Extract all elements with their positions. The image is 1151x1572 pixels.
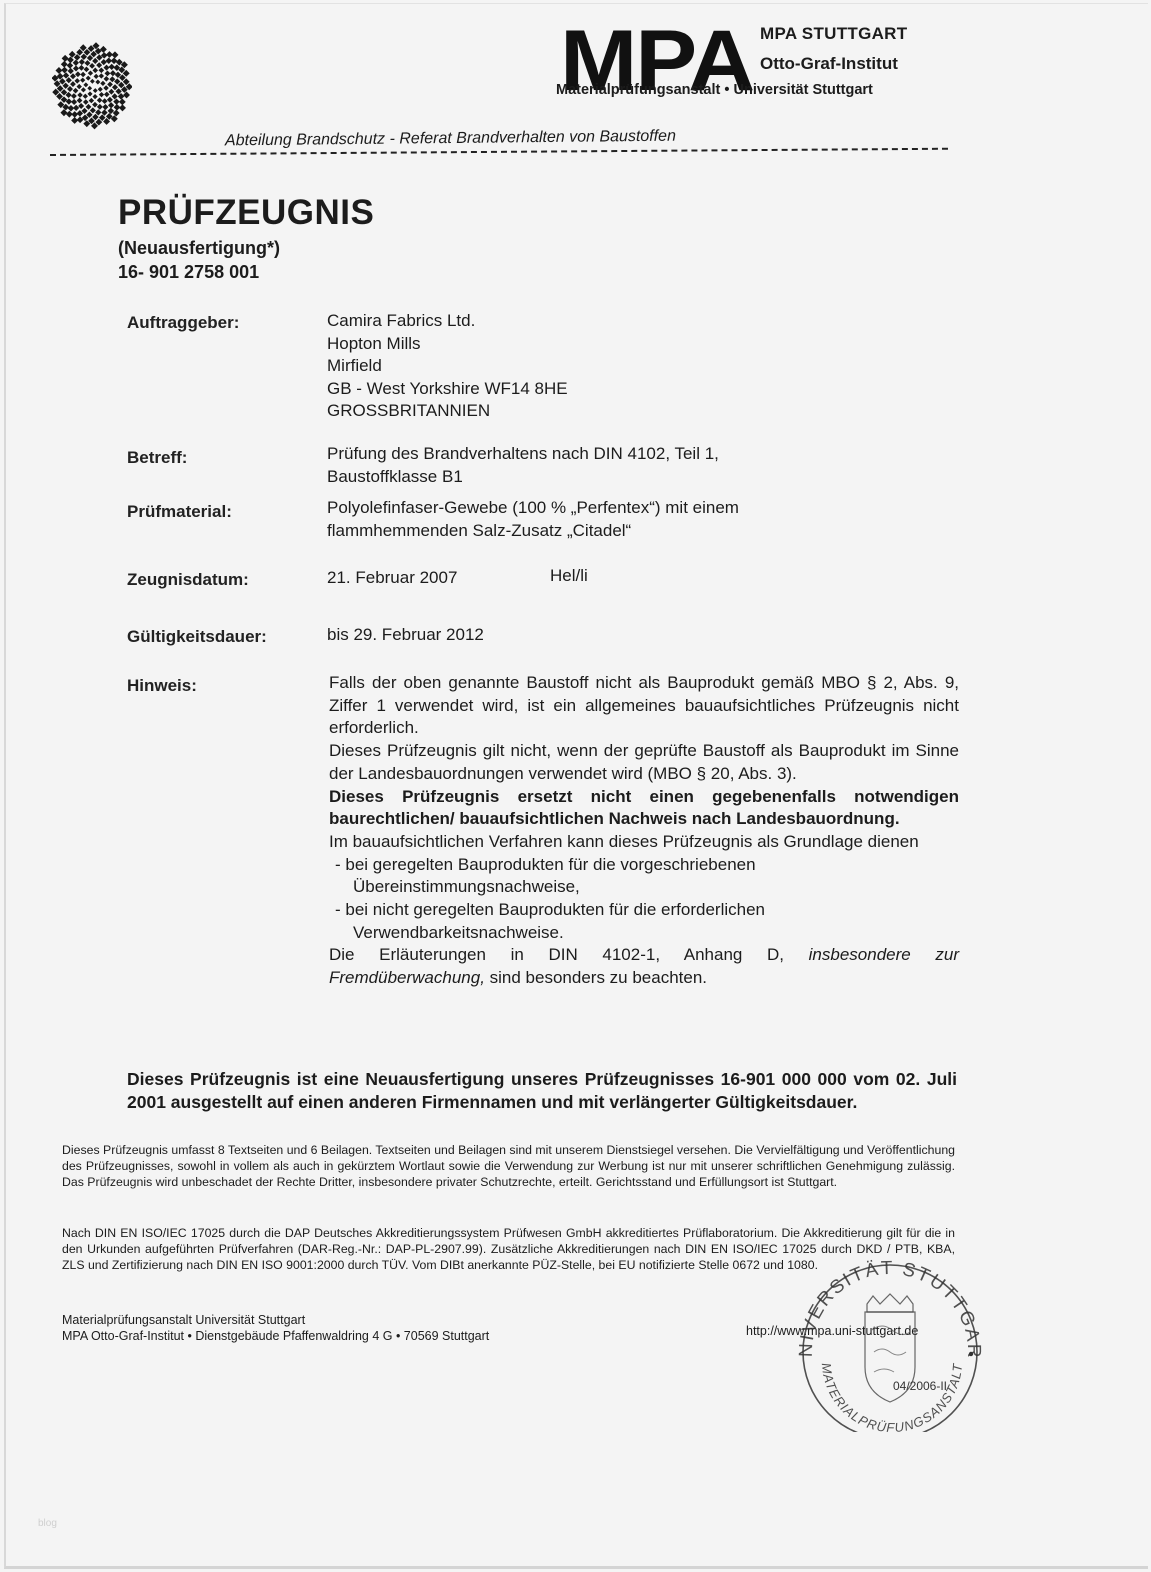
document-title: PRÜFZEUGNIS <box>118 193 374 233</box>
client-line: Mirfield <box>327 355 568 378</box>
university-logo-icon <box>52 42 132 130</box>
address-line: Materialprüfungsanstalt Universität Stut… <box>62 1312 489 1328</box>
date-value: 21. Februar 2007 <box>327 567 457 590</box>
note-paragraph: Falls der oben genannte Baustoff nicht a… <box>329 672 959 740</box>
org-subtitle: Materialprüfungsanstalt • Universität St… <box>556 82 873 98</box>
material-label: Prüfmaterial: <box>127 502 232 522</box>
watermark: blog <box>38 1518 57 1529</box>
note-bullet: - bei nicht geregelten Bauprodukten für … <box>329 899 959 944</box>
validity-label: Gültigkeitsdauer: <box>127 627 267 647</box>
note-label: Hinweis: <box>127 676 197 696</box>
client-line: GROSSBRITANNIEN <box>327 400 568 423</box>
document-number: 16- 901 2758 001 <box>118 262 259 283</box>
material-line: flammhemmenden Salz-Zusatz „Citadel“ <box>327 520 739 543</box>
client-line: GB - West Yorkshire WF14 8HE <box>327 378 568 401</box>
client-line: Hopton Mills <box>327 333 568 356</box>
date-initials: Hel/li <box>550 565 588 588</box>
institute-name: Otto-Graf-Institut <box>760 54 898 74</box>
org-name: MPA STUTTGART <box>760 24 907 44</box>
subject-value: Prüfung des Brandverhaltens nach DIN 410… <box>327 443 719 488</box>
note-text: Die Erläuterungen in DIN 4102-1, Anhang … <box>329 945 809 964</box>
official-seal-stamp-icon: UNIVERSITÄT STUTTGART MATERIALPRÜFUNGSAN… <box>770 1252 1000 1432</box>
address-block: Materialprüfungsanstalt Universität Stut… <box>62 1312 489 1344</box>
material-value: Polyolefinfaser-Gewebe (100 % „Perfentex… <box>327 497 739 542</box>
note-paragraph: Dieses Prüfzeugnis gilt nicht, wenn der … <box>329 740 959 785</box>
scope-footnote: Dieses Prüfzeugnis umfasst 8 Textseiten … <box>62 1142 955 1190</box>
subject-line: Baustoffklasse B1 <box>327 466 719 489</box>
reissue-notice: Dieses Prüfzeugnis ist eine Neuausfertig… <box>127 1068 957 1113</box>
subject-line: Prüfung des Brandverhaltens nach DIN 410… <box>327 443 719 466</box>
note-text: sind besonders zu beachten. <box>485 968 707 987</box>
note-paragraph-bold: Dieses Prüfzeugnis ersetzt nicht einen g… <box>329 786 959 831</box>
client-value: Camira Fabrics Ltd. Hopton Mills Mirfiel… <box>327 310 568 423</box>
address-line: MPA Otto-Graf-Institut • Dienstgebäude P… <box>62 1328 489 1344</box>
client-label: Auftraggeber: <box>127 313 239 333</box>
note-paragraph: Die Erläuterungen in DIN 4102-1, Anhang … <box>329 944 959 989</box>
client-line: Camira Fabrics Ltd. <box>327 310 568 333</box>
subject-label: Betreff: <box>127 448 187 468</box>
svg-text:UNIVERSITÄT STUTTGART: UNIVERSITÄT STUTTGART <box>770 1252 984 1359</box>
document-subtitle: (Neuausfertigung*) <box>118 238 280 259</box>
svg-text:04/2006-II: 04/2006-II <box>893 1379 947 1393</box>
material-line: Polyolefinfaser-Gewebe (100 % „Perfentex… <box>327 497 739 520</box>
validity-value: bis 29. Februar 2012 <box>327 624 484 647</box>
note-body: Falls der oben genannte Baustoff nicht a… <box>329 672 959 990</box>
note-paragraph: Im bauaufsichtlichen Verfahren kann dies… <box>329 831 959 854</box>
date-label: Zeugnisdatum: <box>127 570 249 590</box>
note-bullet: - bei geregelten Bauprodukten für die vo… <box>329 854 959 899</box>
